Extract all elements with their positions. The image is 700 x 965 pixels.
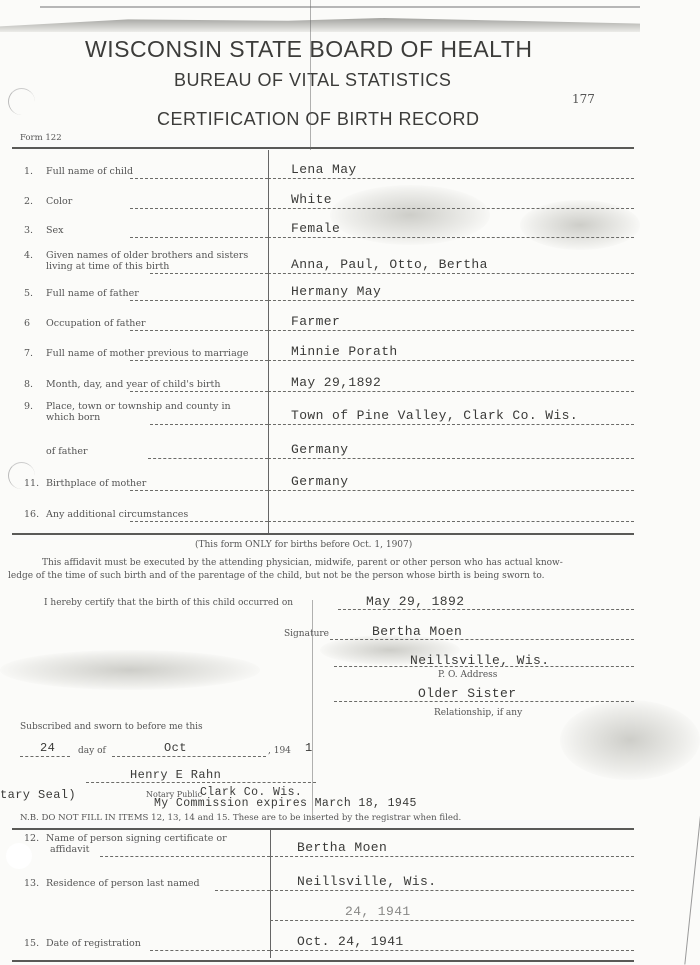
field-label-text: Full name of child	[46, 166, 133, 177]
field-value: Germany	[291, 442, 348, 457]
punch-hole-top	[8, 88, 35, 115]
notary-seal: tary Seal)	[0, 788, 76, 802]
punch-hole-bottom	[6, 843, 32, 869]
scan-top-edge	[40, 6, 640, 8]
field-label: 2.Color	[24, 196, 72, 207]
field-label: 8.Month, day, and year of child's birth	[24, 379, 220, 390]
field-label-text: Place, town or township and county in	[46, 401, 231, 412]
record-number: 177	[572, 92, 595, 106]
field-label-text: of father	[46, 446, 88, 457]
smudge	[0, 650, 260, 690]
field-number: 11.	[24, 478, 46, 489]
field-value: 24, 1941	[345, 904, 411, 919]
registrar-divider	[270, 830, 271, 958]
field-label: 5.Full name of father	[24, 288, 139, 299]
smudge	[560, 700, 700, 780]
bureau-title: BUREAU OF VITAL STATISTICS	[174, 70, 451, 91]
scan-torn-edge	[0, 18, 640, 32]
year-prefix: , 194	[268, 746, 291, 756]
document-title: CERTIFICATION OF BIRTH RECORD	[157, 109, 480, 130]
field-label-line2: living at time of this birth	[46, 261, 169, 272]
field-label-text: Full name of father	[46, 288, 139, 299]
field-number: 16.	[24, 509, 46, 520]
field-label: 11.Birthplace of mother	[24, 478, 146, 489]
sworn-day: 24	[40, 741, 55, 755]
field-number: 12.	[24, 833, 46, 844]
field-number: 1.	[24, 166, 46, 177]
field-label-text: Month, day, and year of child's birth	[46, 379, 220, 390]
registrar-rule	[12, 828, 634, 830]
relationship-value: Older Sister	[418, 686, 516, 701]
certified-birth-date: May 29, 1892	[366, 594, 464, 609]
bottom-rule	[12, 960, 634, 962]
field-value: Female	[291, 221, 340, 236]
po-address-label: P. O. Address	[438, 670, 497, 680]
sworn-month: Oct	[164, 741, 187, 755]
field-label-text: Name of person signing certificate or	[46, 833, 227, 844]
field-number: 8.	[24, 379, 46, 390]
field-value: Minnie Porath	[291, 344, 398, 359]
field-label: 6Occupation of father	[24, 318, 146, 329]
page-edge	[684, 780, 700, 964]
field-label-text: Birthplace of mother	[46, 478, 146, 489]
agency-title: WISCONSIN STATE BOARD OF HEALTH	[85, 36, 532, 63]
affidavit-instructions-2: ledge of the time of such birth and of t…	[8, 571, 545, 581]
field-value: Town of Pine Valley, Clark Co. Wis.	[291, 408, 578, 423]
field-label: 12.Name of person signing certificate or	[24, 833, 227, 844]
field-number: 7.	[24, 348, 46, 359]
field-label: 13.Residence of person last named	[24, 878, 200, 889]
field-label-text: Full name of mother previous to marriage	[46, 348, 248, 359]
field-label: 3.Sex	[24, 225, 64, 236]
field-label-text: Given names of older brothers and sister…	[46, 250, 248, 261]
notary-commission: My Commission expires March 18, 1945	[154, 797, 417, 810]
signature-label: Signature	[284, 629, 329, 639]
field-value: White	[291, 192, 332, 207]
field-number: 13.	[24, 878, 46, 889]
registrar-note: N.B. DO NOT FILL IN ITEMS 12, 13, 14 and…	[20, 813, 461, 823]
center-fold-lower	[312, 600, 313, 820]
field-label: 9.Place, town or township and county in	[24, 401, 231, 412]
field-label: 7.Full name of mother previous to marria…	[24, 348, 248, 359]
field-label: of father	[24, 446, 88, 457]
field-number: 3.	[24, 225, 46, 236]
field-number: 4.	[24, 250, 46, 261]
field-label	[24, 908, 46, 919]
field-value: Germany	[291, 474, 348, 489]
field-label: 1.Full name of child	[24, 166, 133, 177]
relationship-label: Relationship, if any	[434, 708, 522, 718]
field-label-text: Occupation of father	[46, 318, 146, 329]
field-value: Lena May	[291, 162, 357, 177]
field-label-line2: which born	[46, 412, 100, 423]
form-number: Form 122	[20, 133, 62, 143]
field-label-text: Any additional circumstances	[46, 509, 188, 520]
field-value: Farmer	[291, 314, 340, 329]
smudge	[330, 185, 490, 245]
certify-label: I hereby certify that the birth of this …	[44, 598, 293, 608]
notary-name: Henry E Rahn	[130, 768, 221, 782]
header-rule	[12, 147, 634, 149]
field-value: May 29,1892	[291, 375, 381, 390]
center-fold	[310, 0, 311, 150]
field-label: 15.Date of registration	[24, 938, 141, 949]
section-rule	[12, 533, 634, 535]
field-number: 5.	[24, 288, 46, 299]
field-label: 4.Given names of older brothers and sist…	[24, 250, 248, 261]
field-number: 15.	[24, 938, 46, 949]
field-label: 16.Any additional circumstances	[24, 509, 188, 520]
field-value: Hermany May	[291, 284, 381, 299]
sworn-label: Subscribed and sworn to before me this	[20, 722, 203, 732]
sworn-year-digit: 1	[305, 741, 313, 755]
signature-value: Bertha Moen	[372, 624, 462, 639]
field-label-line2: affidavit	[50, 844, 89, 855]
field-label-text: Date of registration	[46, 938, 141, 949]
field-number: 2.	[24, 196, 46, 207]
field-value: Neillsville, Wis.	[297, 874, 436, 889]
field-label-text: Color	[46, 196, 72, 207]
field-number: 9.	[24, 401, 46, 412]
field-value: Anna, Paul, Otto, Bertha	[291, 257, 488, 272]
field-label-text: Sex	[46, 225, 64, 236]
field-value: Oct. 24, 1941	[297, 934, 404, 949]
form-applicability-note: (This form ONLY for births before Oct. 1…	[195, 540, 412, 550]
field-number: 6	[24, 318, 46, 329]
day-of-label: day of	[78, 746, 106, 756]
field-label-text: Residence of person last named	[46, 878, 200, 889]
field-value: Bertha Moen	[297, 840, 387, 855]
affidavit-instructions-1: This affidavit must be executed by the a…	[42, 558, 563, 568]
